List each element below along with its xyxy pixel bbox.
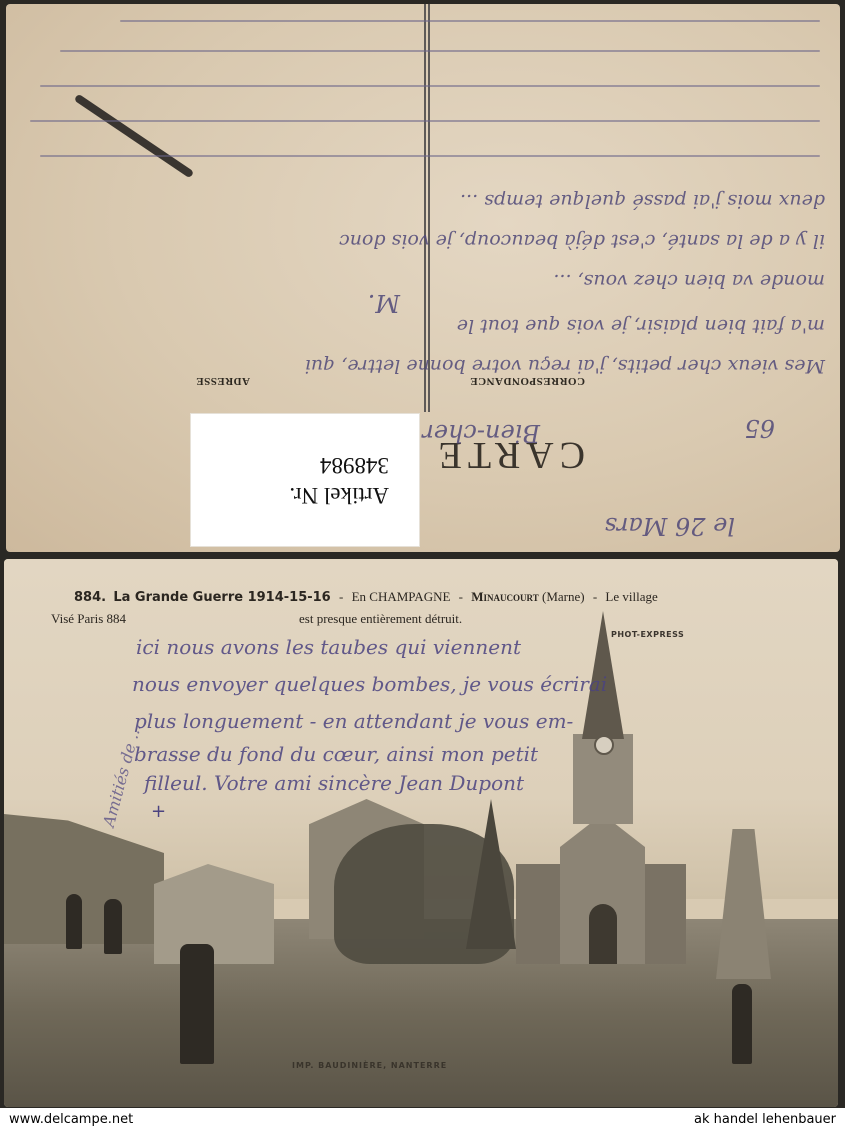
- handwritten-line: brasse du fond du cœur, ainsi mon petit: [134, 742, 538, 766]
- handwritten-address: M.: [368, 289, 400, 317]
- photo-credit: PHOT-EXPRESS: [611, 630, 684, 639]
- handwriting-stroke: [120, 20, 820, 22]
- caption-number: 884.: [74, 590, 106, 605]
- printer-credit: IMP. BAUDINIÈRE, NANTERRE: [292, 1061, 447, 1070]
- article-label-title: Artikel Nr.: [289, 480, 389, 510]
- footer-bar: www.delcampe.net ak handel lehenbauer: [0, 1110, 845, 1131]
- handwritten-place: Bien-cher: [422, 419, 540, 447]
- seller-name: ak handel lehenbauer: [694, 1112, 836, 1127]
- site-link[interactable]: www.delcampe.net: [9, 1112, 133, 1127]
- address-divider: [424, 4, 430, 412]
- handwriting-stroke: [60, 50, 820, 52]
- postcard-back-rotated: CARTE CORRESPONDANCE ADRESSE le 26 Mars …: [6, 4, 840, 552]
- caption-desc: Le village: [605, 589, 657, 604]
- church-door: [589, 904, 617, 964]
- rider-figure: [104, 899, 122, 954]
- handwriting-stroke: [40, 155, 820, 157]
- handwriting-stroke: [40, 85, 820, 87]
- handwritten-line: filleul. Votre ami sincère Jean Dupont: [144, 771, 524, 795]
- handwritten-line: m'a fait bien plaisir, je vois que tout …: [457, 315, 825, 337]
- person-figure: [732, 984, 752, 1064]
- rider-figure: [66, 894, 82, 949]
- handwritten-line: il y a de la santé, c'est déjà beaucoup,…: [339, 230, 825, 252]
- caption-title: 884. La Grande Guerre 1914-15-16 - En CH…: [74, 589, 658, 605]
- handwritten-line: deux mois j'ai passé quelque temps ...: [460, 190, 825, 212]
- handwritten-date: le 26 Mars: [605, 512, 735, 540]
- handwritten-line: ici nous avons les taubes qui viennent: [136, 635, 521, 659]
- handwritten-line: nous envoyer quelques bombes, je vous éc…: [132, 672, 607, 696]
- handwritten-number: 65: [744, 414, 775, 442]
- adresse-label: ADRESSE: [196, 375, 250, 387]
- handwritten-line: monde va bien chez vous, ...: [553, 270, 825, 292]
- caption-series: La Grande Guerre 1914-15-16: [113, 590, 330, 605]
- handwritten-line: Mes vieux cher petits, j'ai reçu votre b…: [305, 355, 825, 377]
- postcard-front: 884. La Grande Guerre 1914-15-16 - En CH…: [4, 559, 838, 1107]
- article-number-label: Artikel Nr. 348984: [190, 413, 420, 547]
- caption-dept: (Marne): [542, 589, 585, 604]
- caption-place: Minaucourt: [471, 589, 538, 604]
- soldier-figure: [180, 944, 214, 1064]
- handwritten-line: plus longuement - en attendant je vous e…: [134, 709, 573, 733]
- caption-desc-continued: est presque entièrement détruit.: [299, 611, 462, 627]
- censor-stamp: Visé Paris 884: [51, 611, 126, 627]
- cross-mark: +: [151, 801, 166, 822]
- handwriting-stroke: [30, 120, 820, 122]
- ruined-house: [154, 864, 274, 964]
- caption-region: En CHAMPAGNE: [352, 589, 451, 604]
- clock-icon: [594, 735, 614, 755]
- postcard-back: CARTE CORRESPONDANCE ADRESSE le 26 Mars …: [6, 4, 840, 552]
- article-label-number: 348984: [320, 450, 389, 480]
